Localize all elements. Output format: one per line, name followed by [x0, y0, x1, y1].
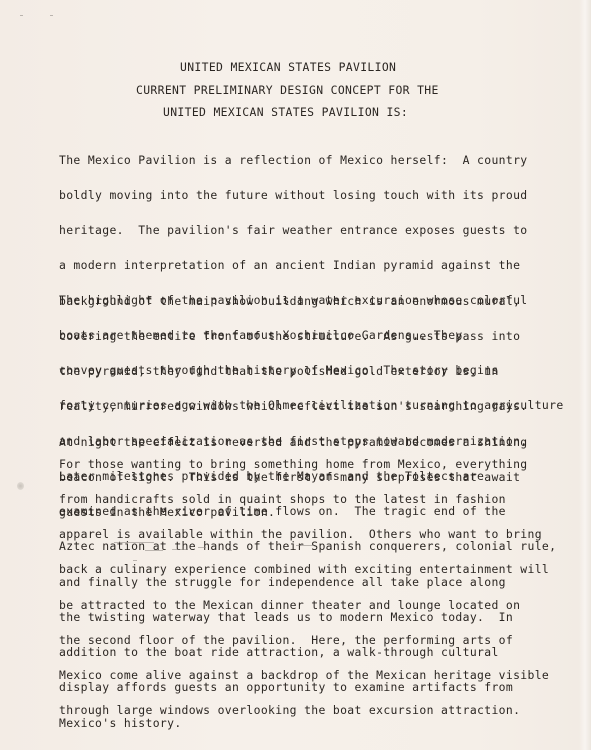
scan-speck: [133, 560, 137, 561]
paper-blemish: [17, 482, 24, 490]
document-page: UNITED MEXICAN STATES PAVILION CURRENT P…: [0, 0, 591, 750]
paragraph-3: For those wanting to bring something hom…: [59, 435, 549, 741]
scan-speck: [172, 549, 188, 550]
scan-speck: [50, 15, 53, 16]
text-line: The Mexico Pavilion is a reflection of M…: [59, 155, 528, 167]
text-line: through large windows overlooking the bo…: [59, 705, 549, 717]
scan-speck: [198, 547, 206, 548]
text-line: back a culinary experience combined with…: [59, 564, 549, 576]
text-line: apparel is available within the pavilion…: [59, 529, 549, 541]
text-line: boats are themed to the famous Xochimilc…: [59, 330, 564, 342]
text-line: convey guests through the history of Mex…: [59, 365, 564, 377]
scan-speck: [20, 15, 23, 16]
text-line: heritage. The pavilion's fair weather en…: [59, 225, 528, 237]
text-line: forty centuries ago with the Olmec civil…: [59, 400, 564, 412]
heading-subtitle-2: UNITED MEXICAN STATES PAVILION IS:: [163, 105, 408, 119]
heading-title: UNITED MEXICAN STATES PAVILION: [180, 60, 396, 74]
text-line: boldly moving into the future without lo…: [59, 190, 528, 202]
text-line: from handicrafts sold in quaint shops to…: [59, 494, 549, 506]
text-line: For those wanting to bring something hom…: [59, 459, 549, 471]
scan-speck: [114, 542, 154, 543]
text-line: the second floor of the pavilion. Here, …: [59, 635, 549, 647]
scan-speck: [296, 545, 314, 546]
scan-speck: [226, 550, 232, 551]
text-line: be attracted to the Mexican dinner theat…: [59, 600, 549, 612]
scan-speck: [145, 550, 163, 551]
text-line: The highlight of the pavilion is a water…: [59, 295, 564, 307]
heading-subtitle: CURRENT PRELIMINARY DESIGN CONCEPT FOR T…: [136, 83, 439, 97]
text-line: Mexico come alive against a backdrop of …: [59, 670, 549, 682]
